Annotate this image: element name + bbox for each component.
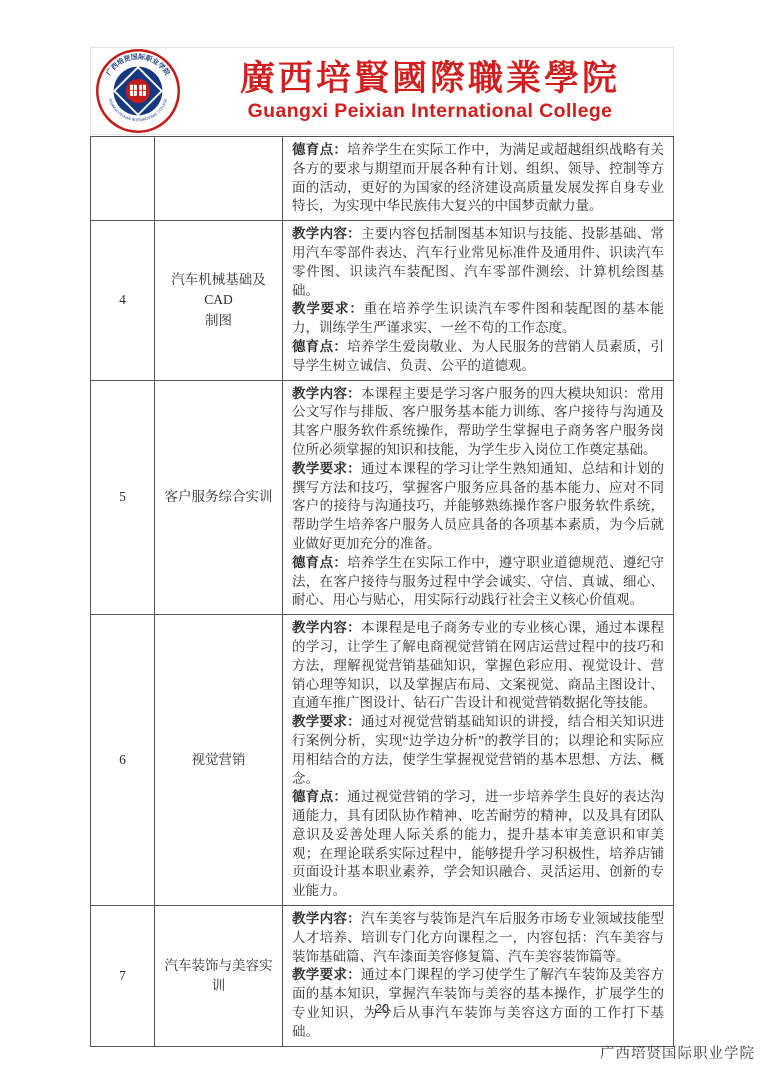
course-number-cell: 7 bbox=[91, 906, 155, 1047]
course-detail-paragraph: 教学要求：通过本课程的学习让学生熟知通知、总结和计划的撰写方法和技巧，掌握客户服… bbox=[292, 460, 664, 554]
course-name-cell: 汽车装饰与美容实训 bbox=[155, 906, 283, 1047]
course-number-cell bbox=[91, 137, 155, 221]
course-name-cell bbox=[155, 137, 283, 221]
document-page: 广西培贤国际职业学院 GUANGXI PEIXIAN INTERNATIONAL… bbox=[0, 0, 764, 1080]
course-row: 6视觉营销教学内容：本课程是电子商务专业的专业核心课，通过本课程的学习，让学生了… bbox=[91, 615, 674, 906]
course-detail-cell: 德育点：培养学生在实际工作中，为满足或超越组织战略有关各方的要求与期望而开展各种… bbox=[283, 137, 674, 221]
course-name-cell: 视觉营销 bbox=[155, 615, 283, 906]
page-number: 20 bbox=[0, 1002, 764, 1016]
paragraph-label: 教学内容： bbox=[292, 226, 361, 241]
college-name-block: 廣西培賢國際職業學院 Guangxi Peixian International… bbox=[191, 61, 669, 121]
paragraph-label: 德育点： bbox=[292, 339, 347, 354]
course-detail-paragraph: 教学要求：重在培养学生识读汽车零件图和装配图的基本能力，训练学生严谨求实、一丝不… bbox=[292, 300, 664, 338]
course-detail-cell: 教学内容：本课程主要是学习客户服务的四大模块知识：常用公文写作与排版、客户服务基… bbox=[283, 380, 674, 615]
paragraph-label: 德育点： bbox=[292, 789, 347, 804]
paragraph-label: 教学要求： bbox=[292, 301, 364, 316]
course-row: 德育点：培养学生在实际工作中，为满足或超越组织战略有关各方的要求与期望而开展各种… bbox=[91, 137, 674, 221]
footer-college-name: 广西培贤国际职业学院 bbox=[600, 1042, 755, 1063]
course-row: 4汽车机械基础及 CAD 制图教学内容：主要内容包括制图基本知识与技能、投影基础… bbox=[91, 221, 674, 380]
course-detail-paragraph: 德育点：培养学生爱岗敬业、为人民服务的营销人员素质，引导学生树立诚信、负责、公平… bbox=[292, 338, 664, 376]
course-detail-cell: 教学内容：本课程是电子商务专业的专业核心课，通过本课程的学习，让学生了解电商视觉… bbox=[283, 615, 674, 906]
course-detail-paragraph: 教学内容：主要内容包括制图基本知识与技能、投影基础、常用汽车零部件表达、汽车行业… bbox=[292, 225, 664, 300]
course-detail-paragraph: 教学内容：汽车美容与装饰是汽车后服务市场专业领域技能型人才培养、培训专门化方向课… bbox=[292, 910, 664, 966]
paragraph-label: 教学内容： bbox=[292, 620, 361, 635]
course-detail-paragraph: 德育点：培养学生在实际工作中，遵守职业道德规范、遵纪守法，在客户接待与服务过程中… bbox=[292, 554, 664, 610]
course-description-table: 德育点：培养学生在实际工作中，为满足或超越组织战略有关各方的要求与期望而开展各种… bbox=[90, 136, 674, 1047]
college-name-zh: 廣西培賢國際職業學院 bbox=[191, 61, 669, 98]
course-row: 5客户服务综合实训教学内容：本课程主要是学习客户服务的四大模块知识：常用公文写作… bbox=[91, 380, 674, 615]
paragraph-label: 德育点： bbox=[292, 142, 347, 157]
course-detail-cell: 教学内容：汽车美容与装饰是汽车后服务市场专业领域技能型人才培养、培训专门化方向课… bbox=[283, 906, 674, 1047]
course-detail-cell: 教学内容：主要内容包括制图基本知识与技能、投影基础、常用汽车零部件表达、汽车行业… bbox=[283, 221, 674, 380]
college-logo: 广西培贤国际职业学院 GUANGXI PEIXIAN INTERNATIONAL… bbox=[95, 49, 181, 133]
course-number-cell: 5 bbox=[91, 380, 155, 615]
paragraph-label: 教学要求： bbox=[292, 714, 361, 729]
paragraph-label: 教学要求： bbox=[292, 461, 361, 476]
college-name-en: Guangxi Peixian International College bbox=[191, 101, 669, 121]
course-table-body: 德育点：培养学生在实际工作中，为满足或超越组织战略有关各方的要求与期望而开展各种… bbox=[91, 137, 674, 1047]
course-detail-paragraph: 教学内容：本课程是电子商务专业的专业核心课，通过本课程的学习，让学生了解电商视觉… bbox=[292, 619, 664, 713]
course-number-cell: 4 bbox=[91, 221, 155, 380]
paragraph-label: 教学要求： bbox=[292, 967, 361, 982]
course-name-cell: 客户服务综合实训 bbox=[155, 380, 283, 615]
paragraph-label: 教学内容： bbox=[292, 386, 361, 401]
course-detail-paragraph: 教学内容：本课程主要是学习客户服务的四大模块知识：常用公文写作与排版、客户服务基… bbox=[292, 385, 664, 460]
course-number-cell: 6 bbox=[91, 615, 155, 906]
paragraph-label: 教学内容： bbox=[292, 911, 361, 926]
course-row: 7汽车装饰与美容实训教学内容：汽车美容与装饰是汽车后服务市场专业领域技能型人才培… bbox=[91, 906, 674, 1047]
course-detail-paragraph: 德育点：培养学生在实际工作中，为满足或超越组织战略有关各方的要求与期望而开展各种… bbox=[292, 141, 664, 216]
course-name-cell: 汽车机械基础及 CAD 制图 bbox=[155, 221, 283, 380]
college-header-banner: 广西培贤国际职业学院 GUANGXI PEIXIAN INTERNATIONAL… bbox=[90, 47, 674, 135]
college-seal-icon: 广西培贤国际职业学院 GUANGXI PEIXIAN INTERNATIONAL… bbox=[96, 49, 180, 133]
paragraph-label: 德育点： bbox=[292, 555, 347, 570]
course-detail-paragraph: 德育点：通过视觉营销的学习，进一步培养学生良好的表达沟通能力，具有团队协作精神、… bbox=[292, 788, 664, 901]
course-detail-paragraph: 教学要求：通过对视觉营销基础知识的讲授，结合相关知识进行案例分析，实现“边学边分… bbox=[292, 713, 664, 788]
